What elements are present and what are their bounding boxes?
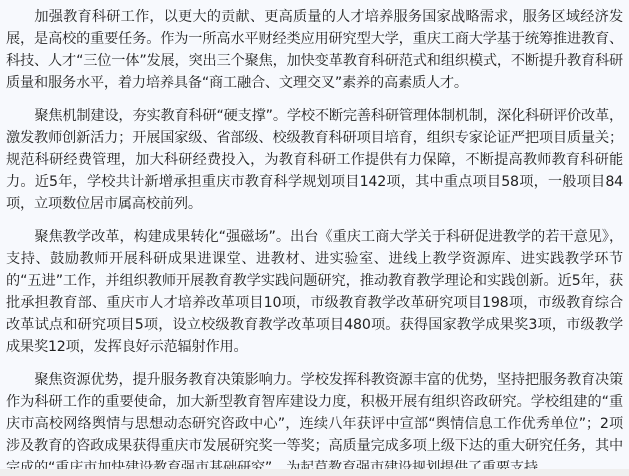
article-body: 加强教育科研工作，以更大的贡献、更高质量的人才培养服务国家战略需求，服务区域经济…	[0, 0, 629, 469]
paragraph-mechanism: 聚焦机制建设，夯实教育科研“硬支撑”。学校不断完善科研管理体制机制，深化科研评价…	[6, 105, 623, 215]
paragraph-resources: 聚焦资源优势，提升服务教育决策影响力。学校发挥科教资源丰富的优势，坚持把服务教育…	[6, 369, 623, 476]
page-bottom-divider	[0, 469, 629, 476]
paragraph-intro: 加强教育科研工作，以更大的贡献、更高质量的人才培养服务国家战略需求，服务区域经济…	[6, 6, 623, 94]
paragraph-teaching-reform: 聚焦教学改革，构建成果转化“强磁场”。出台《重庆工商大学关于科研促进教学的若干意…	[6, 226, 623, 358]
